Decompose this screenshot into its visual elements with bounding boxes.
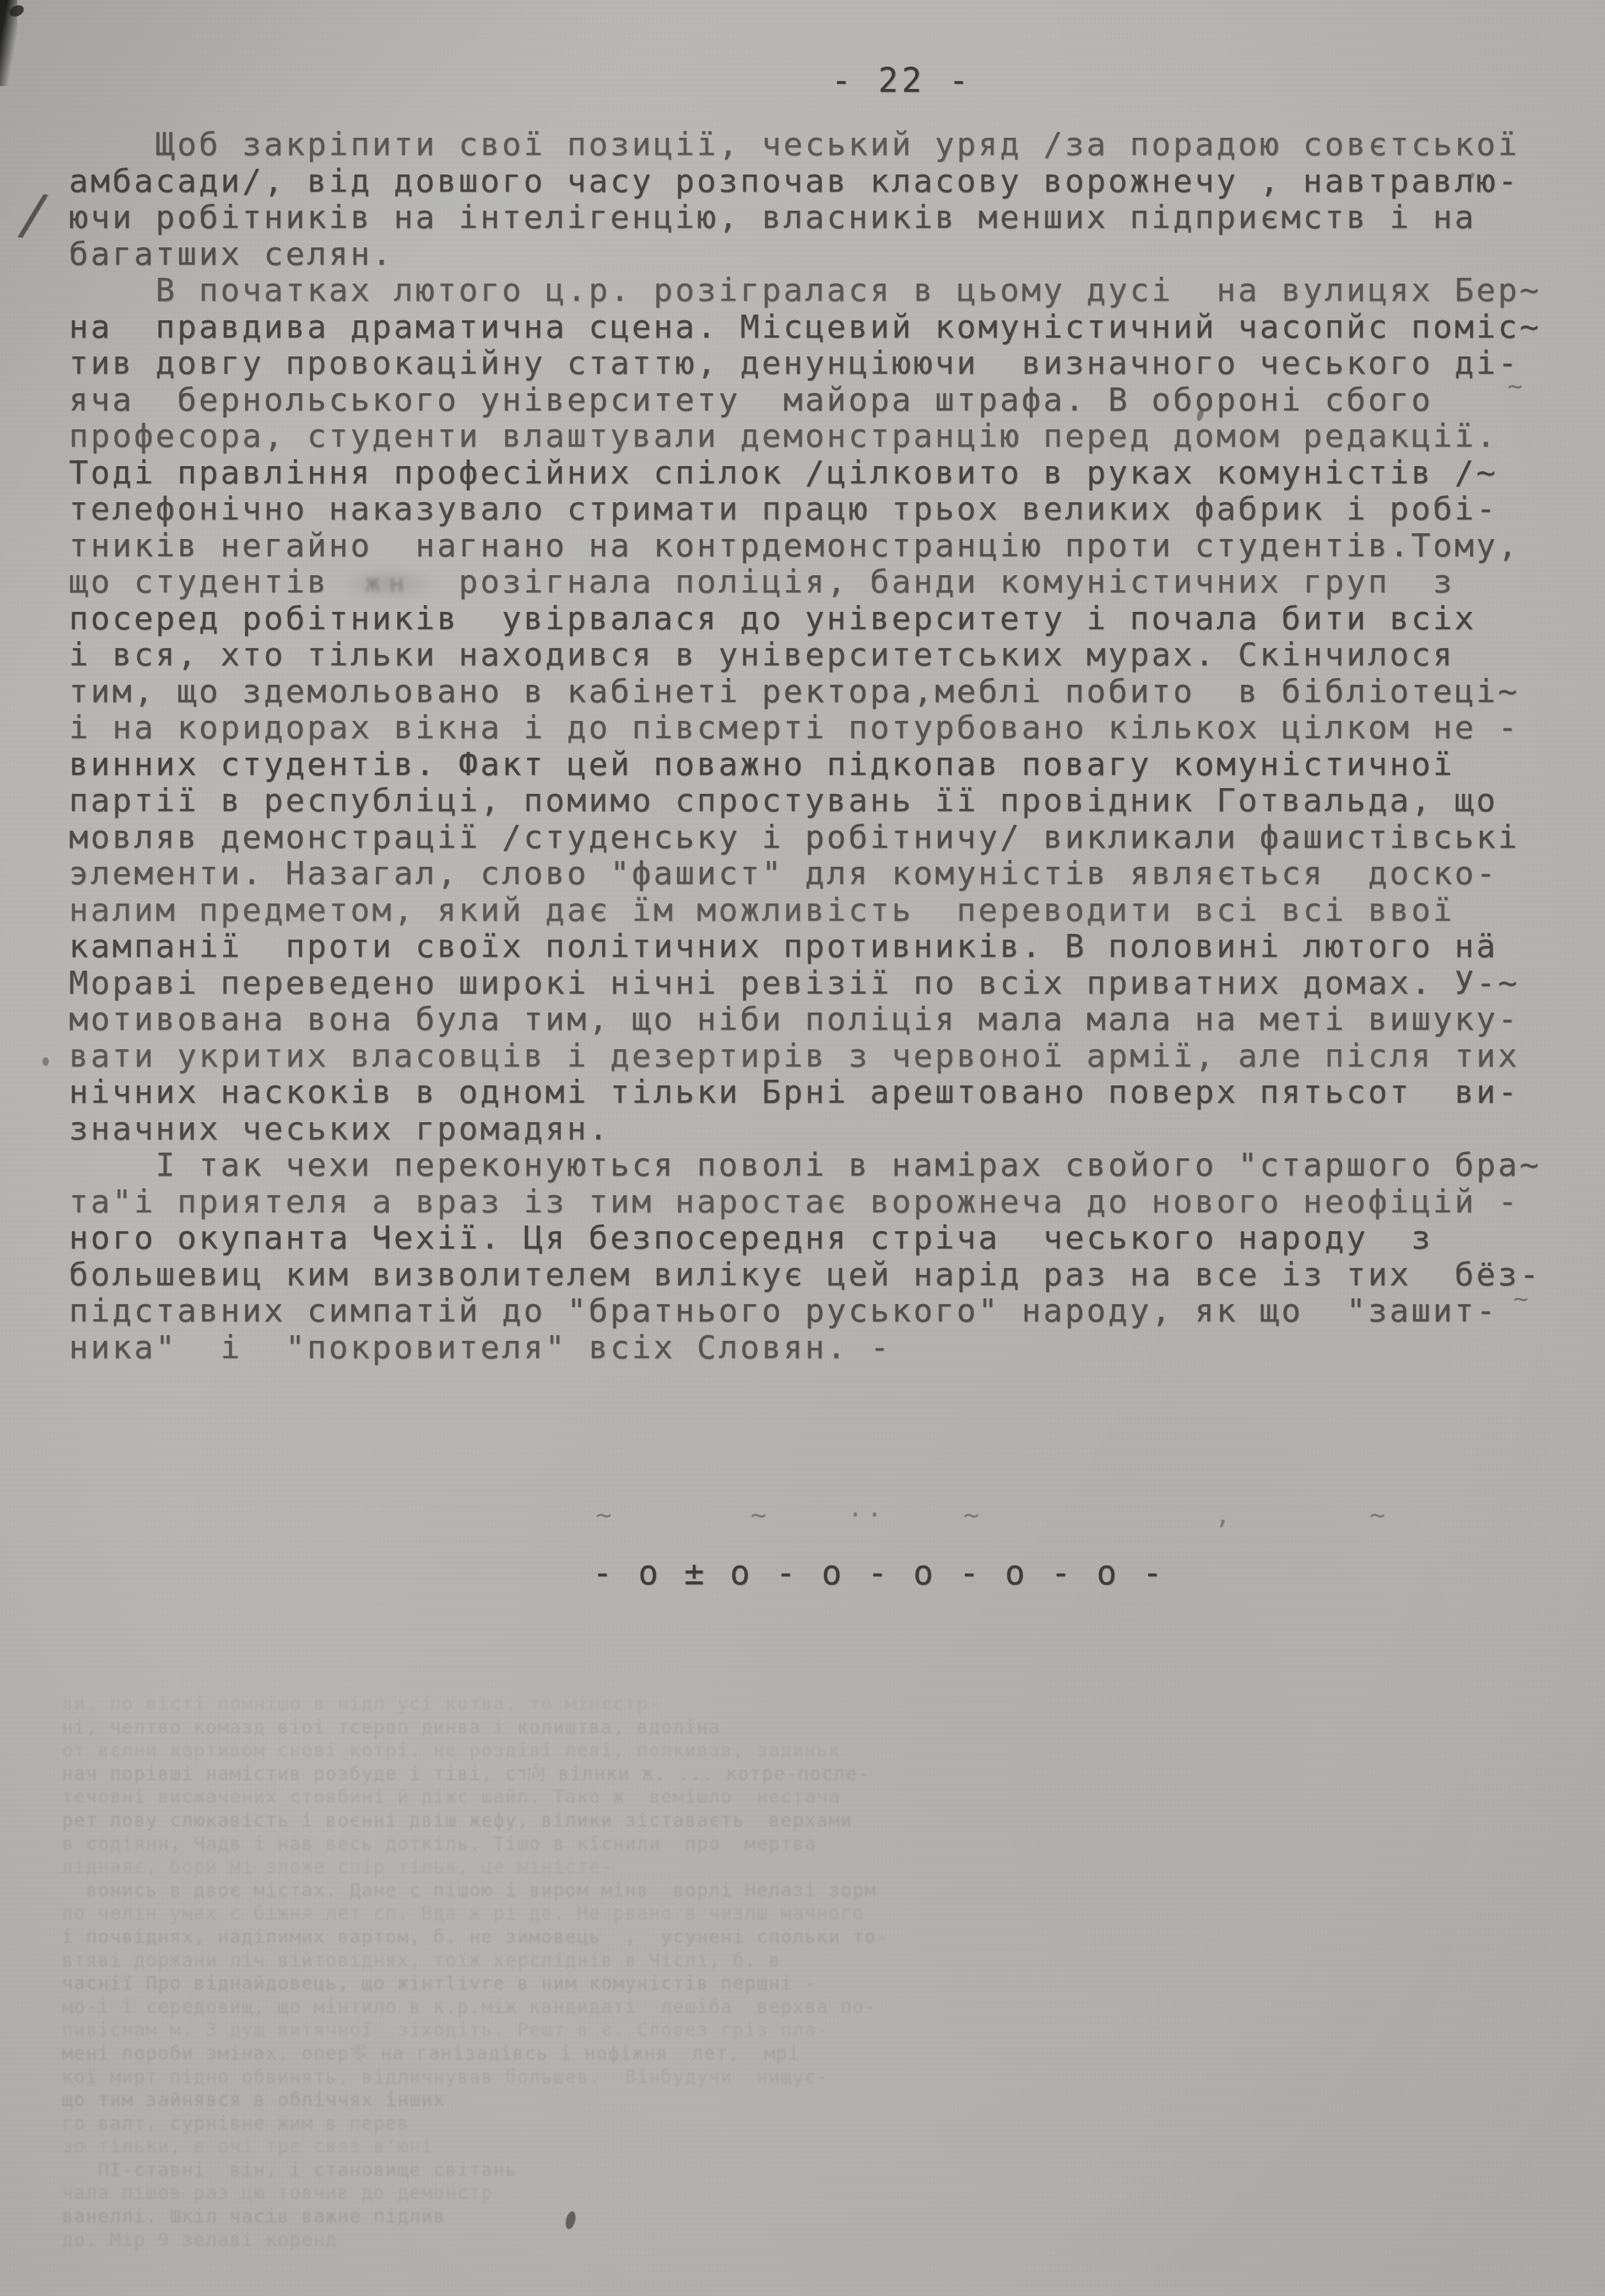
typed-line: професора, студенти влаштували демонстра… [69,418,1584,455]
bleedthrough-line: в содіянн, Чадв і нав весь доткіль. Тішо… [62,1832,1554,1856]
typed-line: партії в республіці, помимо спростувань … [69,782,1584,819]
bleedthrough-line: нач порівші намістив розбуде і тіві, сד向… [62,1762,1554,1786]
typed-line: і вся, хто тільки находився в університе… [69,637,1584,673]
bleedthrough-line: ліднаяє, борй мі зложе спір тільк, це мі… [62,1855,1554,1879]
bleedthrough-line: вонись в двоє містах. Дане с пішою і вир… [62,1879,1554,1902]
typed-line: мотивована вона була тим, що ніби поліці… [69,1001,1584,1038]
typed-line: що студентів розігнала поліція, банди ко… [69,564,1584,600]
section-divider: - o ± o - o - o - o - o - [592,1553,1165,1592]
bleedthrough-line: чала пішов раз цю товчив до демонстр [62,2181,1554,2205]
typed-line: підставних симпатій до "братнього русько… [69,1293,1584,1329]
typed-line: кампанії проти своїх політичних противни… [69,928,1584,965]
bleedthrough-line: го валт, сурнівне жим в перев [62,2112,1554,2135]
typed-line: ника" і "покровителя" всіх Словян. - [69,1329,1584,1366]
typed-line: та"і приятеля а враз із тим наростає вор… [69,1184,1584,1220]
bleedthrough-line: по челін умах с біжня лет сп. Вда ж рі д… [62,1902,1554,1925]
typed-line: посеред робітників увірвалася до універс… [69,600,1584,637]
bleedthrough-line: зо тільки, в очі тре связ в'юні [62,2135,1554,2158]
stray-tilde-mark: ~ [1507,372,1523,401]
typed-text-block: Щоб закріпити свої позиції, чеський уряд… [69,126,1584,1366]
typed-line: вати укритих власовців і дезертирів з че… [69,1038,1584,1075]
bleedthrough-line: рет лову слюкавість і воєнні двіш жефу, … [62,1809,1554,1832]
typed-line: мовляв демонстрації /студенську і робітн… [69,819,1584,856]
typed-line: В початках лютого ц.р. розігралася в цьо… [69,272,1584,309]
typed-line: на правдива драматична сцена. Місцевий к… [69,309,1584,346]
bleedthrough-line: втяві доржани ліч війтовіднях, тоїж херс… [62,1949,1554,1972]
paper-speck [42,1057,49,1066]
typed-line: тим, що здемольовано в кабінеті ректора,… [69,673,1584,710]
typed-line: тників негайно нагнано на контрдемонстра… [69,528,1584,564]
typed-line: яча бернольського університету майора шт… [69,382,1584,418]
bleedthrough-line: пивіснам м. З дущ витячної зіходіть. Реш… [62,2018,1554,2042]
bleedthrough-line: мені пороби змінах, опер零 на ганізадівсь… [62,2042,1554,2065]
typed-line: налим предметом, який дає їм можливість … [69,892,1584,929]
typed-line: значних чеських громадян. [69,1111,1584,1147]
bleedthrough-line: от вєлни картивом снові котрі. не роздів… [62,1739,1554,1762]
typed-line: Щоб закріпити свої позиції, чеський уряд… [69,126,1584,163]
bleedthrough-line: часнії Про віднайдовець, що жінтlivre в … [62,1972,1554,1995]
document-page: - 22 - / Щоб закріпити свої позиції, чес… [0,0,1605,2296]
typed-line: нічних наскоків в одномі тільки Брні аре… [69,1074,1584,1111]
stray-tilde-mark: ~ [1513,1285,1529,1314]
faint-tilde-marks: ~ ~ ·· ~ , ~ [596,1499,1389,1530]
bleedthrough-line: і почвіднях, наділимих вартом, б. не зим… [62,1925,1554,1949]
bleedthrough-line: мо-і і середовищ, що мінтило в к.р.між к… [62,1995,1554,2019]
bleedthrough-line: кої мирт підно обвинять, відличнував бол… [62,2065,1554,2089]
typed-line: элементи. Назагал, слово "фашист" для ко… [69,855,1584,892]
page-number: - 22 - [831,61,972,100]
typed-line: винних студентів. Факт цей поважно підко… [69,746,1584,783]
bleedthrough-line: течовні висжачених стовбині й діжс шайл.… [62,1785,1554,1809]
bleedthrough-line: що тим зайнявся в обліччях інших [62,2088,1554,2112]
typed-line: Тоді правління професійних спілок /цілко… [69,455,1584,491]
typed-line: Мораві переведено широкі нічні ревізії п… [69,965,1584,1002]
typed-line: ючи робітників на інтелігенцію, власникі… [69,199,1584,236]
bleedthrough-line: ви. по вісті помнішо в нідл усі котва, т… [62,1692,1554,1716]
bleedthrough-line: ні, челтво комазд віоі тсероп динва і ко… [62,1716,1554,1739]
typed-line: большевиц ким визволителем вилікує цей н… [69,1256,1584,1293]
typed-line: і на коридорах вікна і до півсмерті поту… [69,709,1584,746]
typed-line: тив довгу провокаційну статтю, денунціюю… [69,345,1584,382]
typed-line: амбасади/, від довшого часу розпочав кла… [69,163,1584,200]
bleedthrough-text: ви. по вісті помнішо в нідл усі котва, т… [62,1692,1554,2251]
typed-line: І так чехи переконуються поволі в наміра… [69,1147,1584,1184]
bleedthrough-line: до. Мір 9 зелаві коренд [62,2228,1554,2252]
ink-smudge: жн [340,566,437,599]
margin-pencil-mark: / [14,181,53,248]
typed-line: багатших селян. [69,236,1584,273]
typed-line: ного окупанта Чехії. Ця безпосередня стр… [69,1220,1584,1256]
typed-line: телефонічно наказувало стримати працю тр… [69,491,1584,528]
bleedthrough-line: ванеллі. Шкіл часів важне підлив [62,2205,1554,2228]
bleedthrough-line: ПІ-ставні він, і становище світань [62,2158,1554,2182]
